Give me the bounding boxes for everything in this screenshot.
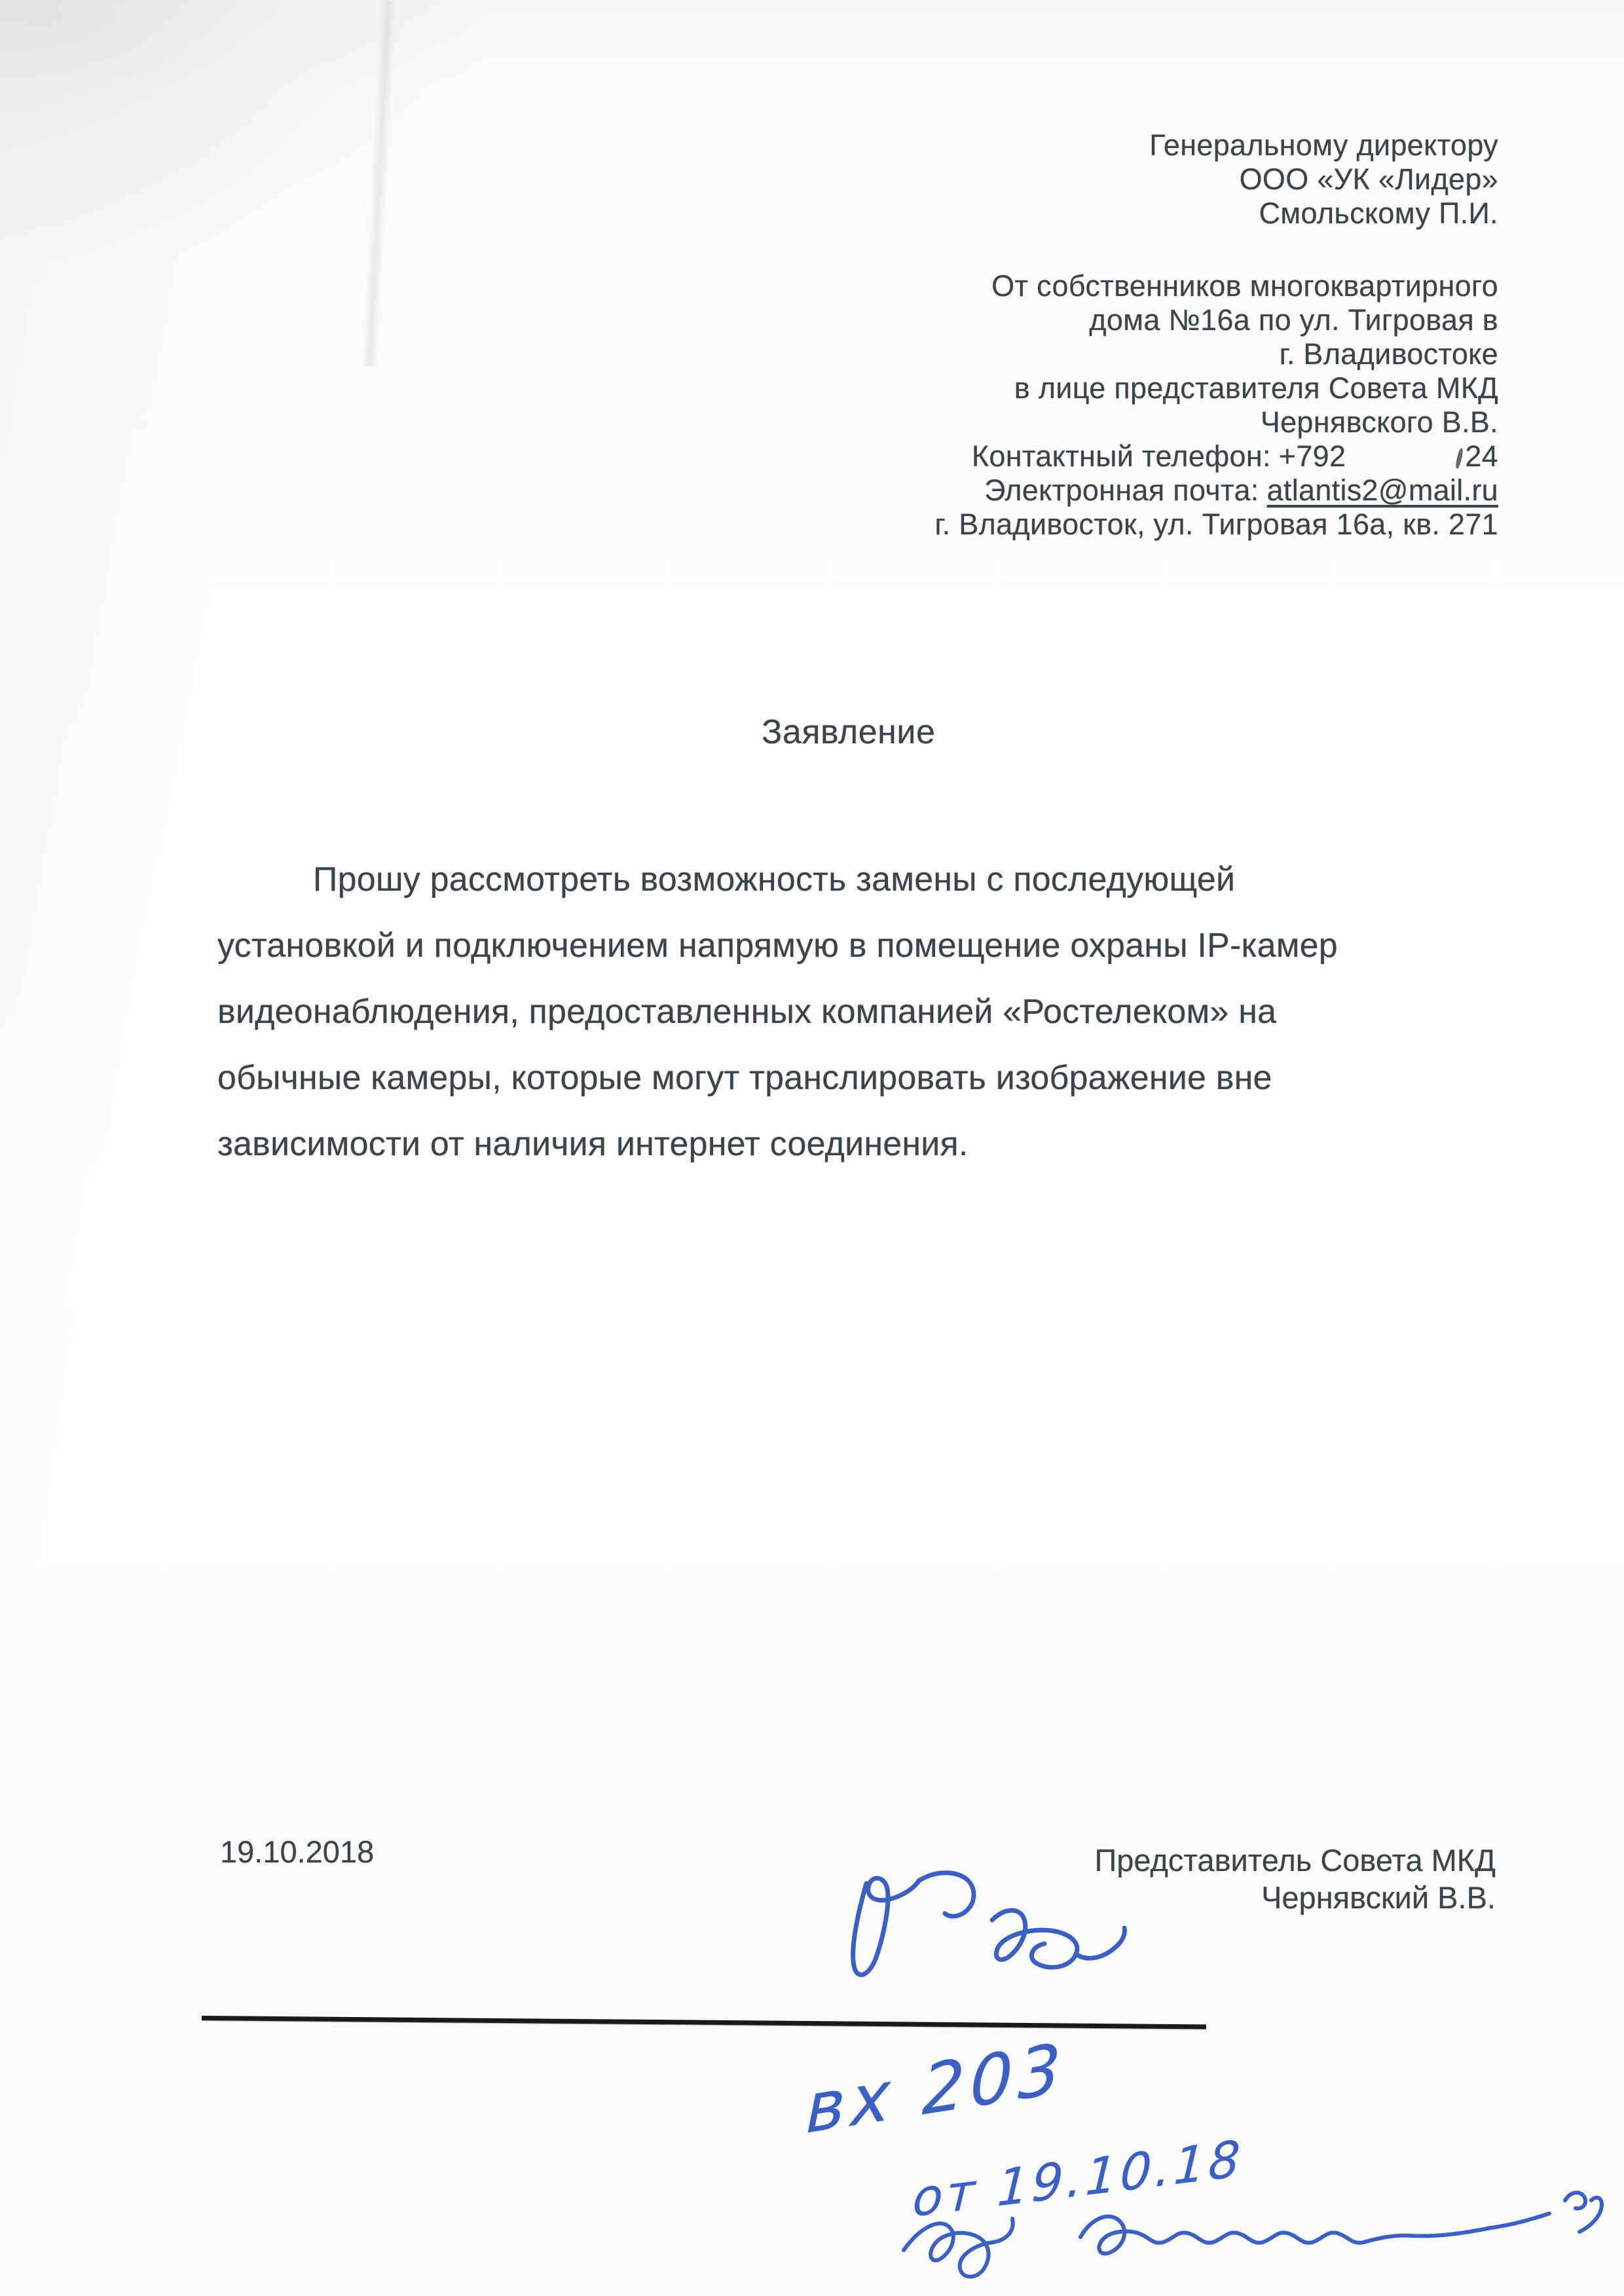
recipient-line: Генеральному директору [934, 128, 1498, 162]
letter-header: Генеральному директору ООО «УК «Лидер» С… [934, 128, 1498, 542]
sender-line: Чернявского В.В. [934, 405, 1498, 439]
scanned-letter-page: Генеральному директору ООО «УК «Лидер» С… [0, 0, 1624, 2296]
signer-signature-ink [841, 1865, 1136, 1990]
email-address: atlantis2@mail.ru [1267, 473, 1498, 507]
body-line: установкой и подключением напрямую в пом… [217, 913, 1534, 979]
signer-name: Чернявский В.В. [1094, 1879, 1496, 1916]
sender-address: г. Владивосток, ул. Тигровая 16а, кв. 27… [934, 508, 1498, 542]
redacted-digit-fragment [1455, 448, 1464, 470]
body-line: зависимости от наличия интернет соединен… [217, 1111, 1534, 1177]
recipient-block: Генеральному директору ООО «УК «Лидер» С… [934, 128, 1498, 231]
footer-divider-line [202, 2016, 1206, 2029]
sender-line: От собственников многоквартирного [934, 269, 1498, 303]
email-label: Электронная почта: [984, 473, 1259, 507]
body-line: обычные камеры, которые могут транслиров… [217, 1045, 1534, 1111]
incoming-number-handwritten: вх 203 [805, 2028, 1067, 2150]
paper-crease [361, 0, 397, 367]
phone-label: Контактный телефон: [972, 439, 1271, 473]
recipient-line: Смольскому П.И. [934, 196, 1498, 231]
body-paragraph: Прошу рассмотреть возможность замены с п… [217, 847, 1534, 1177]
phone-line: Контактный телефон:+79224 [934, 439, 1498, 473]
letter-date: 19.10.2018 [220, 1833, 374, 1870]
phone-prefix: +792 [1279, 439, 1346, 473]
sender-line: г. Владивостоке [934, 337, 1498, 371]
body-line: видеонаблюдения, предоставленных компани… [217, 979, 1534, 1045]
signer-role: Представитель Совета МКД [1094, 1842, 1496, 1879]
registrar-signature-scribble [884, 2172, 1611, 2286]
phone-suffix: 24 [1465, 439, 1498, 473]
signoff-block: Представитель Совета МКД Чернявский В.В. [1094, 1842, 1496, 1916]
document-title: Заявление [762, 713, 935, 752]
body-line: Прошу рассмотреть возможность замены с п… [217, 847, 1534, 913]
recipient-line: ООО «УК «Лидер» [934, 162, 1498, 196]
sender-line: дома №16а по ул. Тигровая в [934, 303, 1498, 337]
email-line: Электронная почта:atlantis2@mail.ru [934, 473, 1498, 508]
sender-block: От собственников многоквартирного дома №… [934, 269, 1498, 542]
sender-line: в лице представителя Совета МКД [934, 371, 1498, 405]
